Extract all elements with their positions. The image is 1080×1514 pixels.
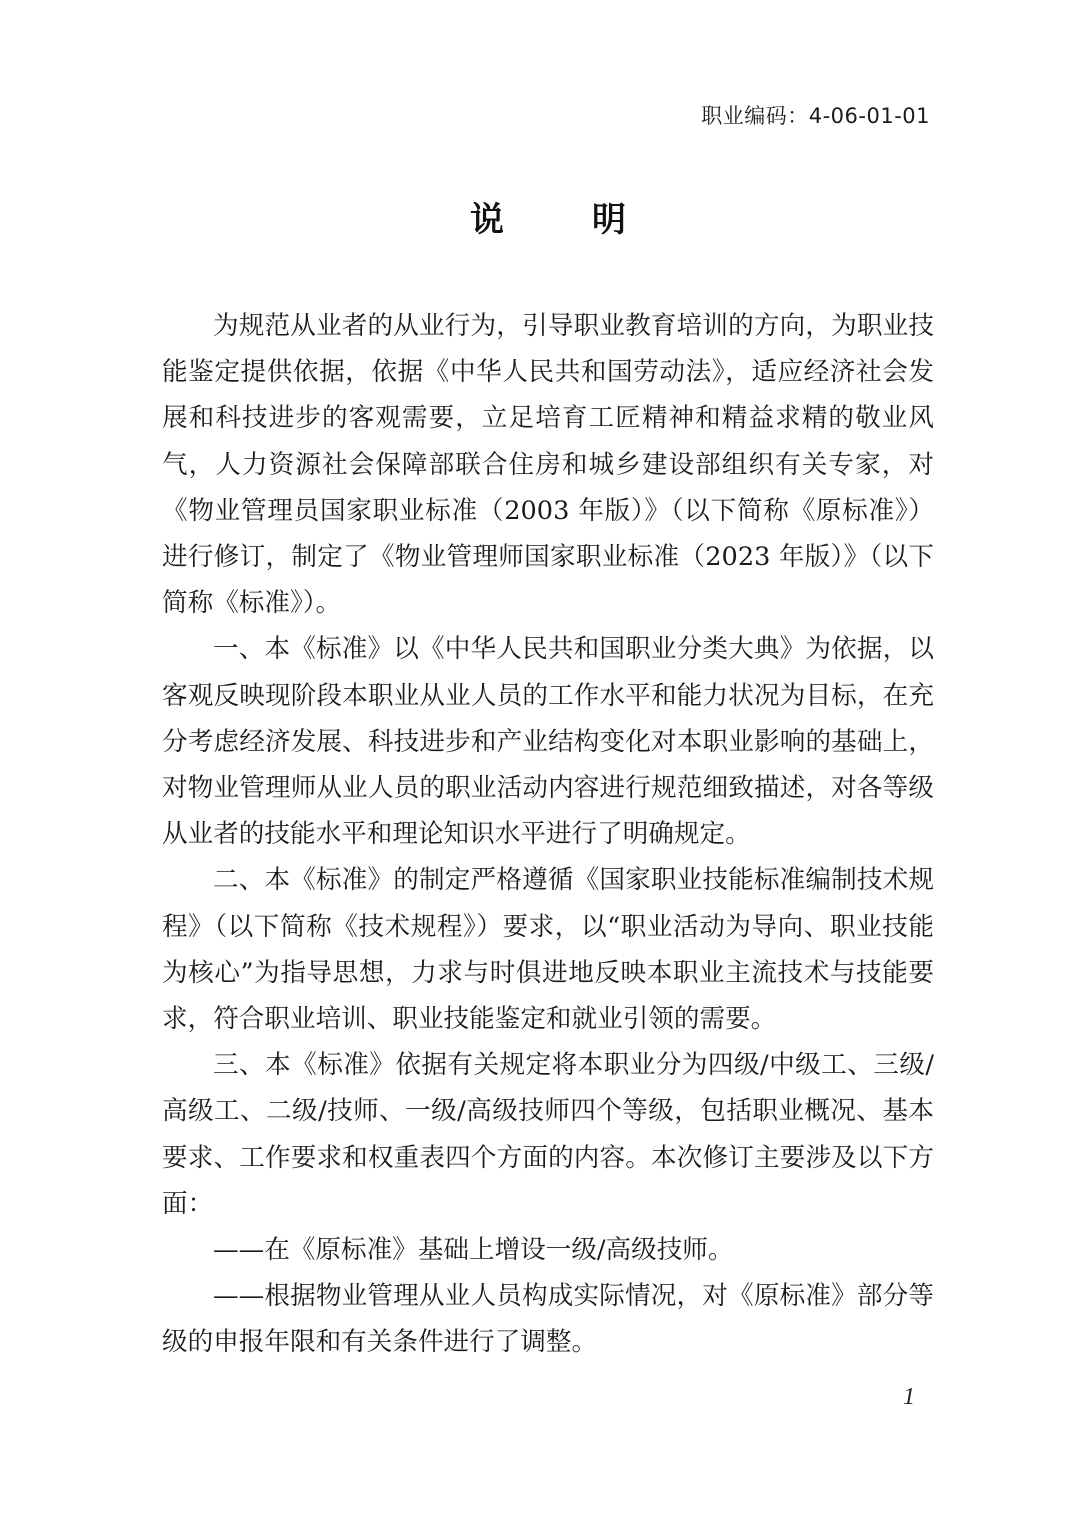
page-number: 1 (903, 1384, 915, 1411)
title-char-2: 明 (592, 200, 626, 240)
paragraph-change-2: ——根据物业管理从业人员构成实际情况，对《原标准》部分等级的申报年限和有关条件进… (162, 1273, 934, 1365)
occupation-code: 职业编码：4-06-01-01 (701, 100, 930, 130)
paragraph-item-1: 一、本《标准》以《中华人民共和国职业分类大典》为依据，以客观反映现阶段本职业从业… (162, 626, 934, 857)
title-char-1: 说 (470, 200, 504, 240)
paragraph-item-3: 三、本《标准》依据有关规定将本职业分为四级/中级工、三级/高级工、二级/技师、一… (162, 1042, 934, 1227)
paragraph-intro: 为规范从业者的从业行为，引导职业教育培训的方向，为职业技能鉴定提供依据，依据《中… (162, 303, 934, 626)
document-body: 为规范从业者的从业行为，引导职业教育培训的方向，为职业技能鉴定提供依据，依据《中… (162, 303, 934, 1366)
paragraph-item-2: 二、本《标准》的制定严格遵循《国家职业技能标准编制技术规程》（以下简称《技术规程… (162, 857, 934, 1042)
page-title: 说明 (0, 192, 1080, 241)
paragraph-change-1: ——在《原标准》基础上增设一级/高级技师。 (162, 1227, 934, 1273)
